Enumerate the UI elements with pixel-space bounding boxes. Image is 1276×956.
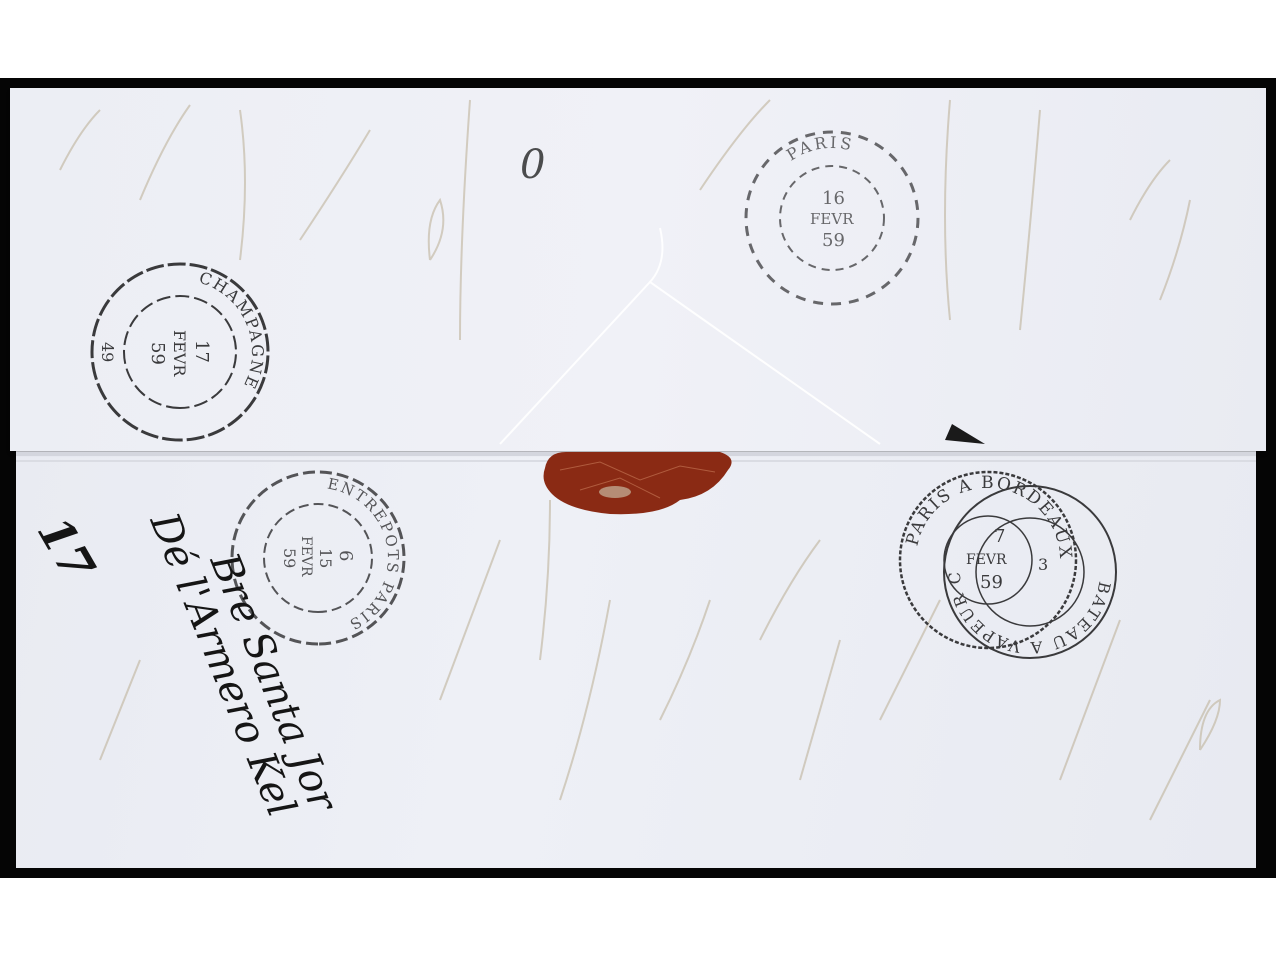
postmark-bordeaux-year: 59: [980, 572, 1003, 593]
postmark-paris-bordeaux: PARIS A BORDEAUX 7 FEVR 59: [900, 472, 1076, 648]
postmark-entrepots-year: 59: [280, 548, 299, 568]
paper-tear: [945, 424, 985, 444]
postmark-cadiz-day: 3: [1038, 555, 1048, 574]
postmark-champagne-dept: 49: [98, 342, 117, 362]
postmark-paris-top-day: 16: [822, 188, 845, 209]
postmark-paris-top-month: FEVR: [810, 210, 854, 228]
postmark-champagne-month: FEVR: [170, 330, 189, 377]
svg-text:PARIS A BORDEAUX: PARIS A BORDEAUX: [903, 473, 1076, 561]
wax-seal: [544, 452, 732, 514]
postmark-entrepots-hour: 6: [335, 550, 356, 561]
flap-crease: [500, 282, 880, 444]
postmark-bordeaux-day: 7: [994, 526, 1005, 547]
postmark-champagne-year: 59: [147, 342, 168, 365]
postmark-paris-top-year: 59: [822, 230, 845, 251]
postmark-bordeaux-month: FEVR: [966, 552, 1007, 568]
manuscript-top-mark: 0: [520, 142, 545, 188]
postmark-bordeaux-name: PARIS A BORDEAUX: [903, 473, 1076, 561]
svg-text:PARIS: PARIS: [783, 133, 856, 165]
manuscript-numeral: 17: [27, 508, 106, 590]
postmark-paris-top: PARIS 16 FEVR 59: [746, 132, 918, 304]
postmark-entrepots-month: FEVR: [298, 536, 314, 577]
postmark-entrepots-day: 15: [316, 548, 335, 568]
cover-markings: 0 CHAMPAGNE 17 FEVR 59 49 PARIS 16 FEVR …: [0, 0, 1276, 956]
postmark-paris-top-name: PARIS: [783, 133, 856, 165]
flap-tear: [650, 228, 662, 282]
postmark-champagne: CHAMPAGNE 17 FEVR 59 49: [92, 264, 268, 440]
postmark-champagne-day: 17: [191, 340, 212, 363]
